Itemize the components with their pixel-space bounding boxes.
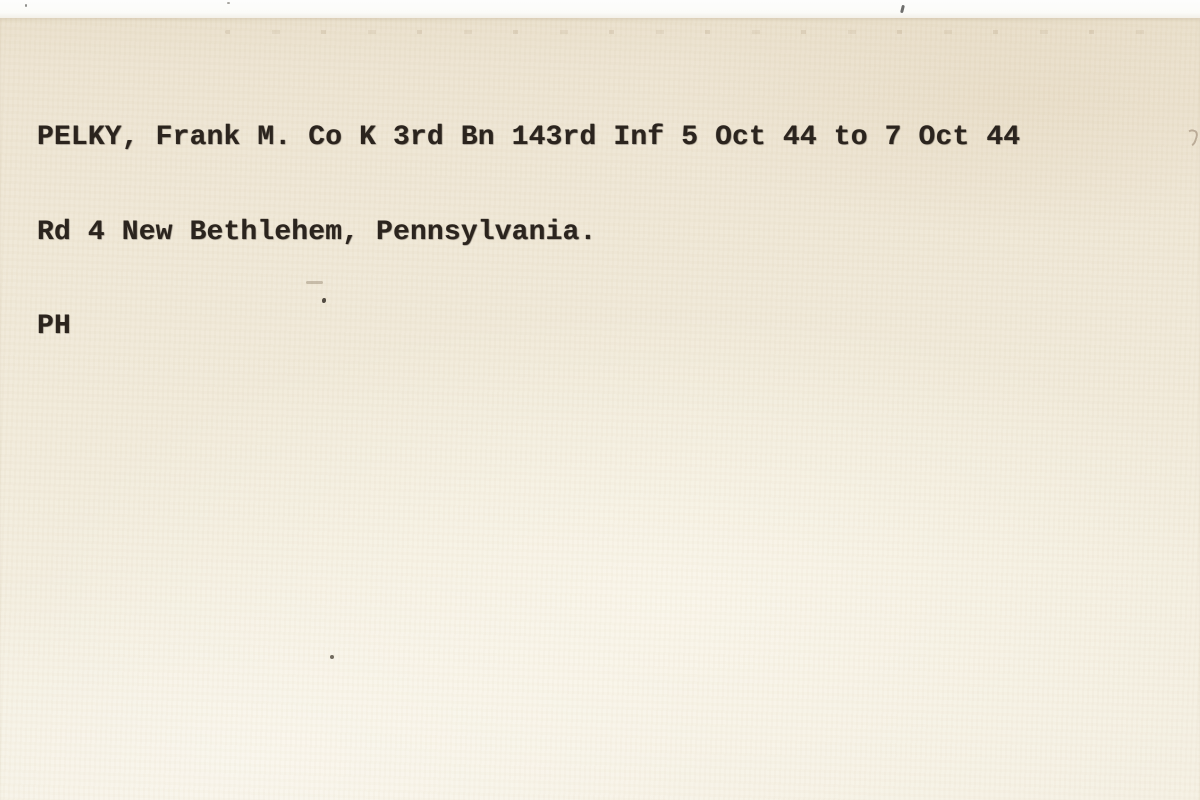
ink-fleck (900, 5, 905, 13)
paper-fiber-speck (1182, 127, 1200, 148)
ink-speck (330, 655, 334, 659)
paper-speck (25, 4, 27, 7)
paper-speck (227, 2, 230, 4)
scanner-edge-strip (0, 0, 1200, 18)
typewritten-text-block: PELKY, Frank M. Co K 3rd Bn 143rd Inf 5 … (37, 59, 1020, 406)
scanned-card-page: PELKY, Frank M. Co K 3rd Bn 143rd Inf 5 … (0, 0, 1200, 800)
line-award: PH (37, 311, 1020, 343)
index-card: PELKY, Frank M. Co K 3rd Bn 143rd Inf 5 … (0, 18, 1200, 800)
line-address: Rd 4 New Bethlehem, Pennsylvania. (37, 217, 1020, 249)
line-name-unit-dates: PELKY, Frank M. Co K 3rd Bn 143rd Inf 5 … (37, 122, 1020, 154)
faded-smudge-marks (225, 30, 1155, 34)
